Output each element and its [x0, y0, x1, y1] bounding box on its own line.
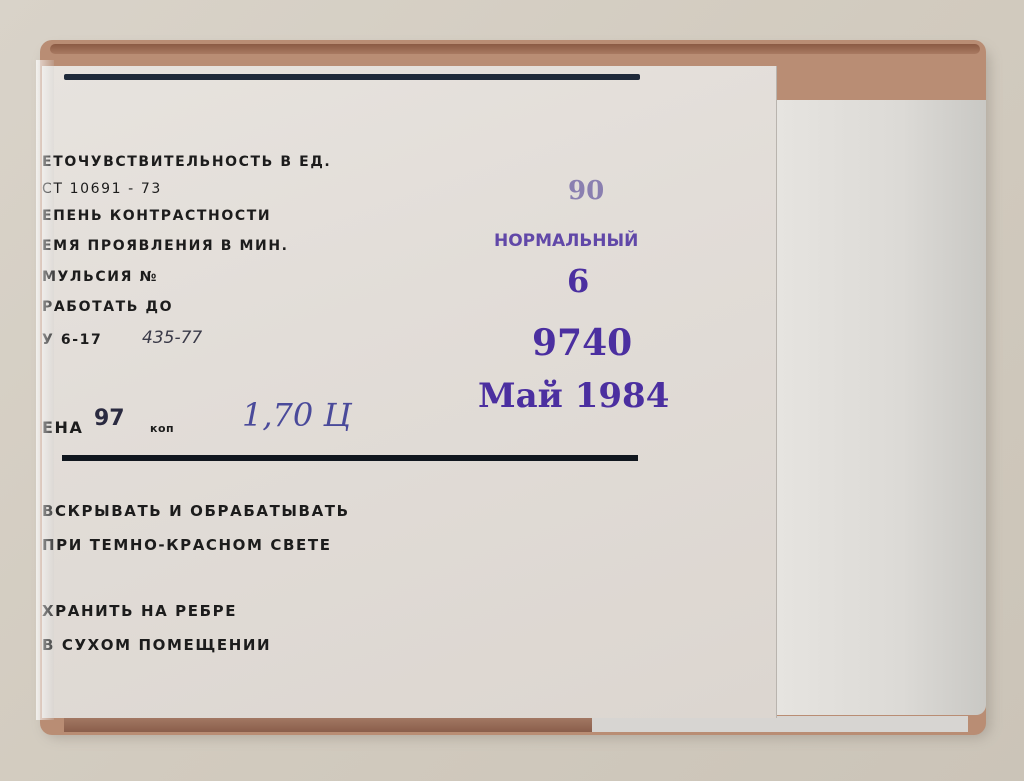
cellophane-edge: [36, 60, 54, 720]
stamp-development-time: 6: [567, 262, 589, 300]
label-sensitivity: ЕТОЧУВСТВИТЕЛЬНОСТЬ В ЕД.: [42, 154, 331, 170]
handwritten-spec-code: 435-77: [142, 328, 202, 348]
label-contrast: ЕПЕНЬ КОНТРАСТНОСТИ: [42, 208, 271, 224]
instruction-open: ВСКРЫВАТЬ И ОБРАБАТЫВАТЬ: [42, 502, 350, 520]
top-printed-bar: [64, 74, 640, 80]
kraft-top-edge: [50, 44, 980, 54]
kraft-bottom-strip: [64, 716, 592, 732]
stamp-sensitivity: 90: [568, 176, 604, 206]
wrapper-bottom-strip: [592, 716, 968, 732]
label-process-by: РАБОТАТЬ ДО: [42, 299, 173, 315]
divider-rule: [62, 455, 638, 461]
label-standard: СТ 10691 - 73: [42, 181, 162, 197]
stamp-emulsion-number: 9740: [532, 322, 632, 364]
stamp-contrast: НОРМАЛЬНЫЙ: [494, 231, 638, 251]
label-development-time: ЕМЯ ПРОЯВЛЕНИЯ В МИН.: [42, 238, 289, 254]
paper-label: ЕТОЧУВСТВИТЕЛЬНОСТЬ В ЕД. СТ 10691 - 73 …: [42, 66, 776, 718]
printed-old-price: 97: [94, 406, 125, 431]
handwritten-new-price: 1,70 Ц: [242, 396, 351, 434]
instruction-dry-room: В СУХОМ ПОМЕЩЕНИИ: [42, 636, 271, 654]
instruction-store-edge: ХРАНИТЬ НА РЕБРЕ: [42, 602, 237, 620]
label-kopecks: коп: [150, 422, 174, 435]
instruction-red-light: ПРИ ТЕМНО-КРАСНОМ СВЕТЕ: [42, 536, 332, 554]
white-wrapper-right: [776, 100, 986, 715]
label-emulsion: МУЛЬСИЯ №: [42, 269, 158, 285]
stamp-expiry-date: Май 1984: [478, 376, 669, 416]
